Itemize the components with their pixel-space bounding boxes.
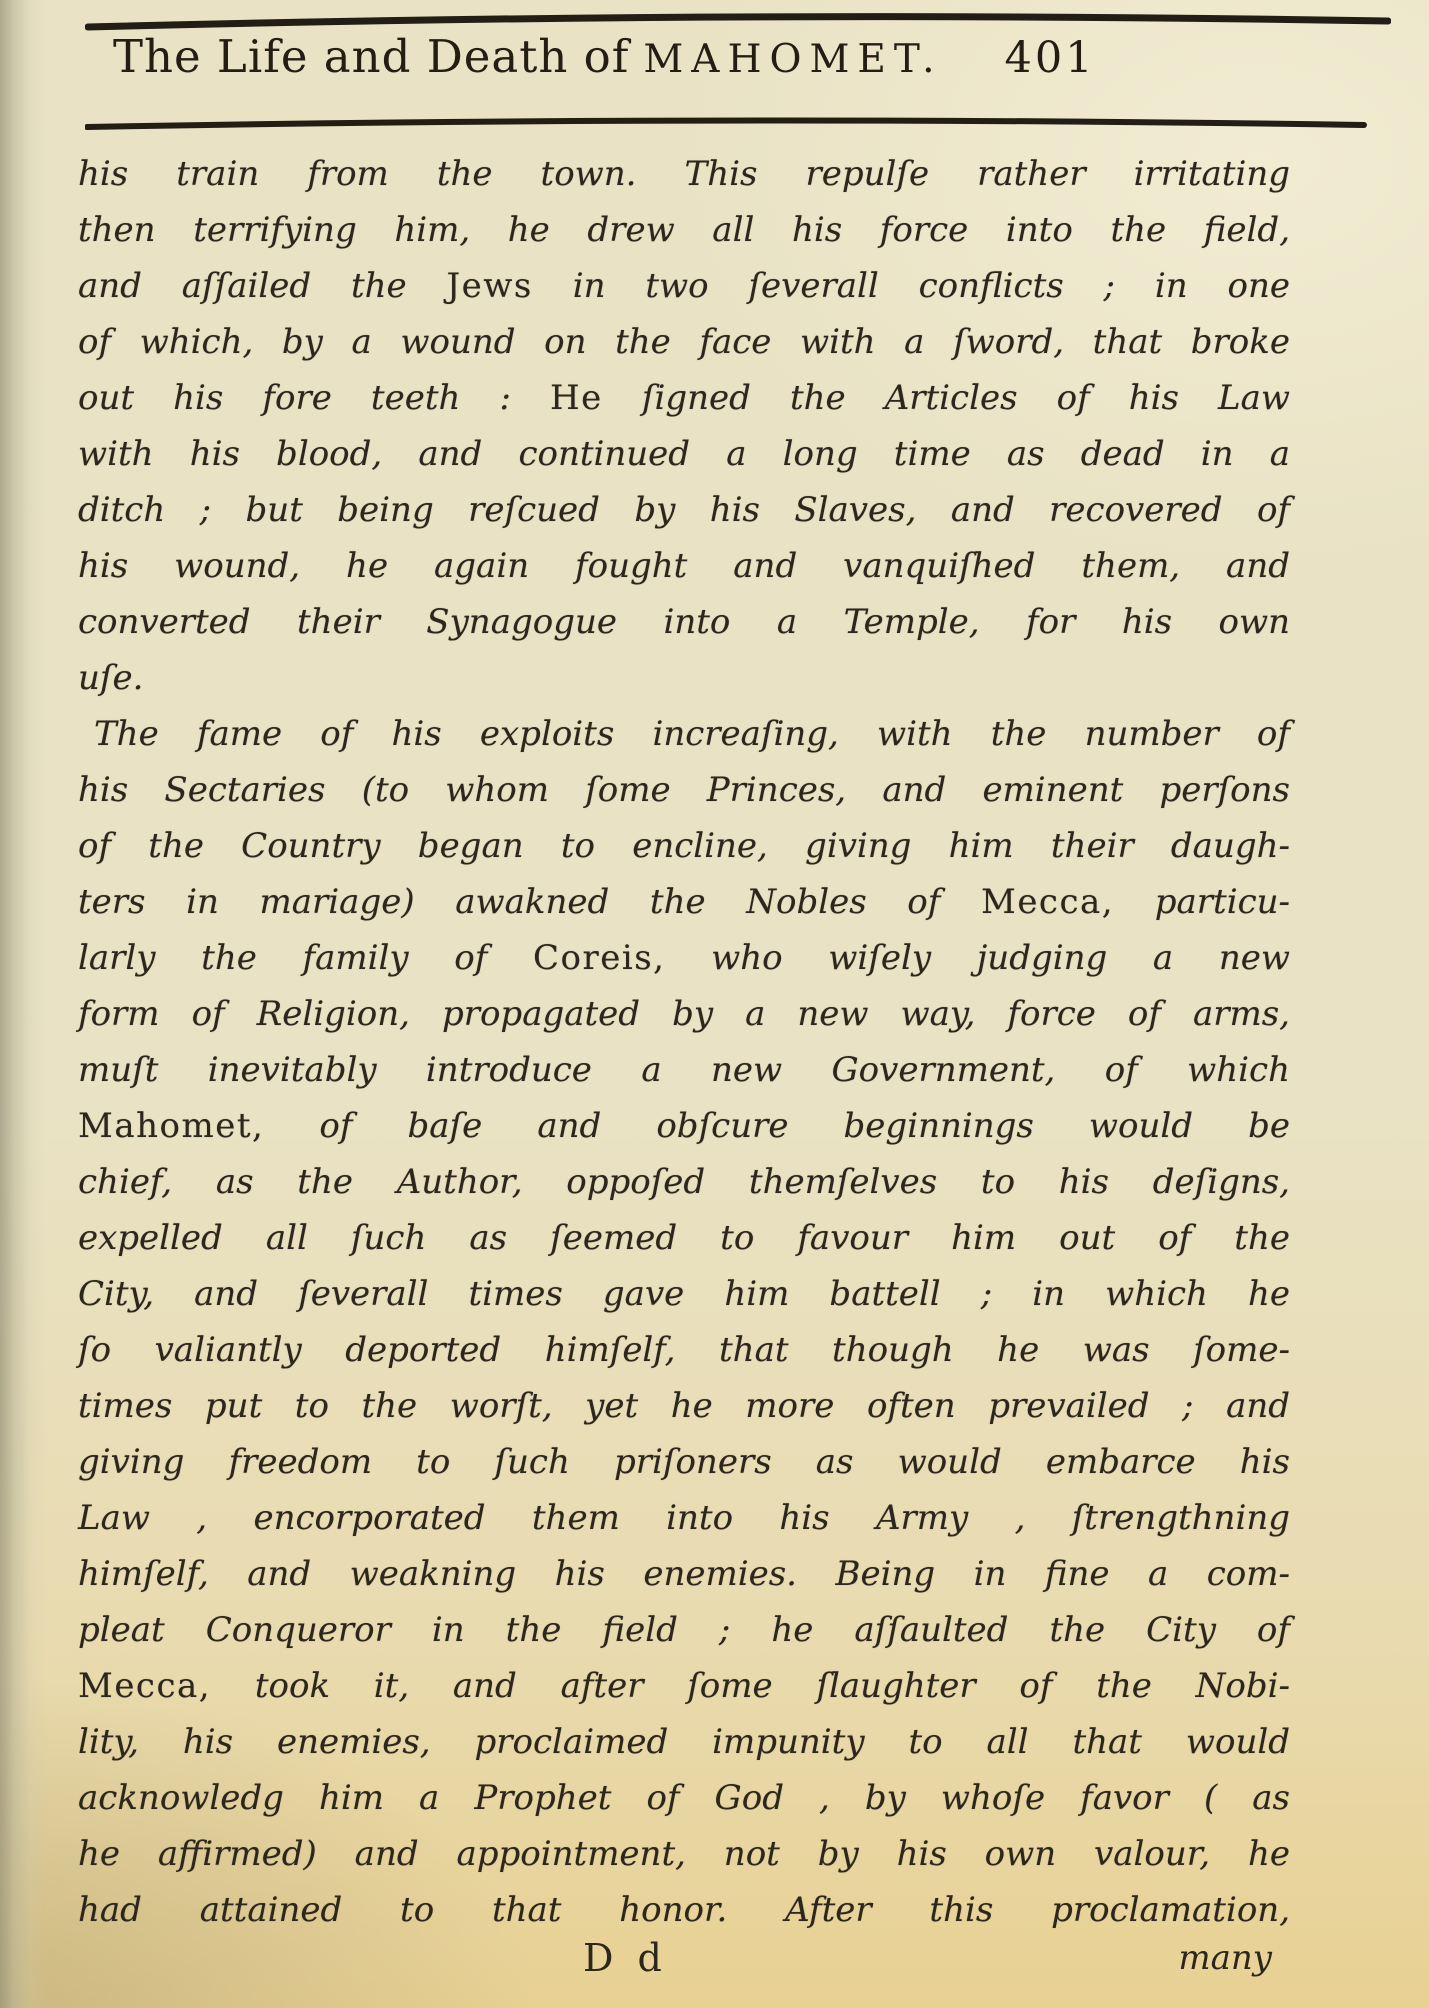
text-run: He bbox=[550, 378, 603, 418]
text-line: giving freedom to ſuch priſoners as woul… bbox=[78, 1434, 1290, 1490]
text-run: in two ſeverall conflicts ; in one bbox=[533, 266, 1290, 306]
text-run: ditch ; but being reſcued by his Slaves,… bbox=[78, 490, 1290, 530]
text-line: pleat Conqueror in the field ; he aſſaul… bbox=[78, 1602, 1290, 1658]
text-line: ſo valiantly deported himſelf, that thou… bbox=[78, 1322, 1290, 1378]
text-line: he affirmed) and appointment, not by his… bbox=[78, 1826, 1290, 1882]
text-line: had attained to that honor. After this p… bbox=[78, 1882, 1290, 1938]
text-run: Coreis, bbox=[533, 938, 666, 978]
text-run: then terrifying him, he drew all his for… bbox=[78, 210, 1290, 250]
text-line: then terrifying him, he drew all his for… bbox=[78, 202, 1290, 258]
text-run: Mahomet, bbox=[78, 1106, 264, 1146]
header-title-name: MAHOMET. bbox=[643, 37, 942, 82]
text-line: Mahomet, of baſe and obſcure beginnings … bbox=[78, 1098, 1290, 1154]
text-run: particu- bbox=[1114, 882, 1290, 922]
text-run: Jews bbox=[447, 266, 533, 306]
text-run: with his blood, and continued a long tim… bbox=[78, 434, 1290, 474]
text-run: his train from the town. This repulſe ra… bbox=[78, 154, 1290, 194]
header-title: The Life and Death of bbox=[113, 30, 629, 83]
text-line: City, and ſeverall times gave him battel… bbox=[78, 1266, 1290, 1322]
text-run: form of Religion, propagated by a new wa… bbox=[78, 994, 1290, 1034]
page-number: 401 bbox=[1005, 33, 1096, 83]
text-line: ters in mariage) awakned the Nobles of M… bbox=[78, 874, 1290, 930]
book-page: The Life and Death of MAHOMET. 401 his t… bbox=[0, 0, 1429, 2008]
text-run: ſo valiantly deported himſelf, that thou… bbox=[78, 1330, 1290, 1370]
text-run: larly the family of bbox=[78, 938, 533, 978]
text-run: times put to the worſt, yet he more ofte… bbox=[78, 1386, 1290, 1426]
text-line: of the Country began to encline, giving … bbox=[78, 818, 1290, 874]
text-line: uſe. bbox=[78, 650, 1290, 706]
text-line: times put to the worſt, yet he more ofte… bbox=[78, 1378, 1290, 1434]
catchword: many bbox=[1178, 1938, 1272, 1978]
text-run: expelled all ſuch as ſeemed to favour hi… bbox=[78, 1218, 1290, 1258]
text-line: Mecca, took it, and after ſome ſlaughter… bbox=[78, 1658, 1290, 1714]
text-line: out his fore teeth : He ſigned the Artic… bbox=[78, 370, 1290, 426]
text-run: himſelf, and weakning his enemies. Being… bbox=[78, 1554, 1290, 1594]
text-line: himſelf, and weakning his enemies. Being… bbox=[78, 1546, 1290, 1602]
text-run: uſe. bbox=[78, 658, 143, 698]
paragraph: The fame of his exploits increaſing, wit… bbox=[78, 706, 1290, 1938]
page-footer: D d many bbox=[78, 1936, 1290, 1996]
text-run: took it, and after ſome ſlaughter of the… bbox=[211, 1666, 1290, 1706]
text-run: converted their Synagogue into a Temple,… bbox=[78, 602, 1290, 642]
running-header: The Life and Death of MAHOMET. 401 bbox=[85, 30, 1391, 94]
text-run: Mecca, bbox=[78, 1666, 211, 1706]
text-line: his wound, he again fought and vanquiſhe… bbox=[78, 538, 1290, 594]
text-run: he affirmed) and appointment, not by his… bbox=[78, 1834, 1290, 1874]
text-line: his train from the town. This repulſe ra… bbox=[78, 146, 1290, 202]
text-run: chief, as the Author, oppoſed themſelves… bbox=[78, 1162, 1290, 1202]
text-run: Law , encorporated them into his Army , … bbox=[78, 1498, 1290, 1538]
text-line: expelled all ſuch as ſeemed to favour hi… bbox=[78, 1210, 1290, 1266]
text-run: who wiſely judging a new bbox=[665, 938, 1290, 978]
text-run: of which, by a wound on the face with a … bbox=[78, 322, 1290, 362]
text-line: converted their Synagogue into a Temple,… bbox=[78, 594, 1290, 650]
text-run: of the Country began to encline, giving … bbox=[78, 826, 1290, 866]
page-body: his train from the town. This repulſe ra… bbox=[78, 146, 1290, 1938]
text-run: pleat Conqueror in the field ; he aſſaul… bbox=[78, 1610, 1290, 1650]
text-run: of baſe and obſcure beginnings would be bbox=[264, 1106, 1290, 1146]
text-line: acknowledg him a Prophet of God , by who… bbox=[78, 1770, 1290, 1826]
text-line: his Sectaries (to whom ſome Princes, and… bbox=[78, 762, 1290, 818]
bottom-rule bbox=[85, 112, 1367, 134]
text-line: ditch ; but being reſcued by his Slaves,… bbox=[78, 482, 1290, 538]
signature-mark: D d bbox=[583, 1936, 668, 1980]
text-run: had attained to that honor. After this p… bbox=[78, 1890, 1290, 1930]
text-run: muſt inevitably introduce a new Governme… bbox=[78, 1050, 1290, 1090]
text-line: larly the family of Coreis, who wiſely j… bbox=[78, 930, 1290, 986]
text-run: his wound, he again fought and vanquiſhe… bbox=[78, 546, 1290, 586]
text-line: chief, as the Author, oppoſed themſelves… bbox=[78, 1154, 1290, 1210]
text-line: The fame of his exploits increaſing, wit… bbox=[78, 706, 1290, 762]
text-run: The fame of his exploits increaſing, wit… bbox=[94, 714, 1290, 754]
text-run: giving freedom to ſuch priſoners as woul… bbox=[78, 1442, 1290, 1482]
text-run: and aſſailed the bbox=[78, 266, 447, 306]
text-line: and aſſailed the Jews in two ſeverall co… bbox=[78, 258, 1290, 314]
text-line: with his blood, and continued a long tim… bbox=[78, 426, 1290, 482]
text-run: acknowledg him a Prophet of God , by who… bbox=[78, 1778, 1290, 1818]
text-run: ſigned the Articles of his Law bbox=[603, 378, 1290, 418]
text-line: lity, his enemies, proclaimed impunity t… bbox=[78, 1714, 1290, 1770]
text-run: lity, his enemies, proclaimed impunity t… bbox=[78, 1722, 1290, 1762]
text-line: form of Religion, propagated by a new wa… bbox=[78, 986, 1290, 1042]
text-line: of which, by a wound on the face with a … bbox=[78, 314, 1290, 370]
text-run: his Sectaries (to whom ſome Princes, and… bbox=[78, 770, 1290, 810]
text-run: ters in mariage) awakned the Nobles of bbox=[78, 882, 981, 922]
text-run: Mecca, bbox=[981, 882, 1114, 922]
paragraph: his train from the town. This repulſe ra… bbox=[78, 146, 1290, 706]
text-line: Law , encorporated them into his Army , … bbox=[78, 1490, 1290, 1546]
text-line: muſt inevitably introduce a new Governme… bbox=[78, 1042, 1290, 1098]
page-gutter-shadow bbox=[0, 0, 30, 2008]
text-run: City, and ſeverall times gave him battel… bbox=[78, 1274, 1290, 1314]
text-run: out his fore teeth : bbox=[78, 378, 550, 418]
